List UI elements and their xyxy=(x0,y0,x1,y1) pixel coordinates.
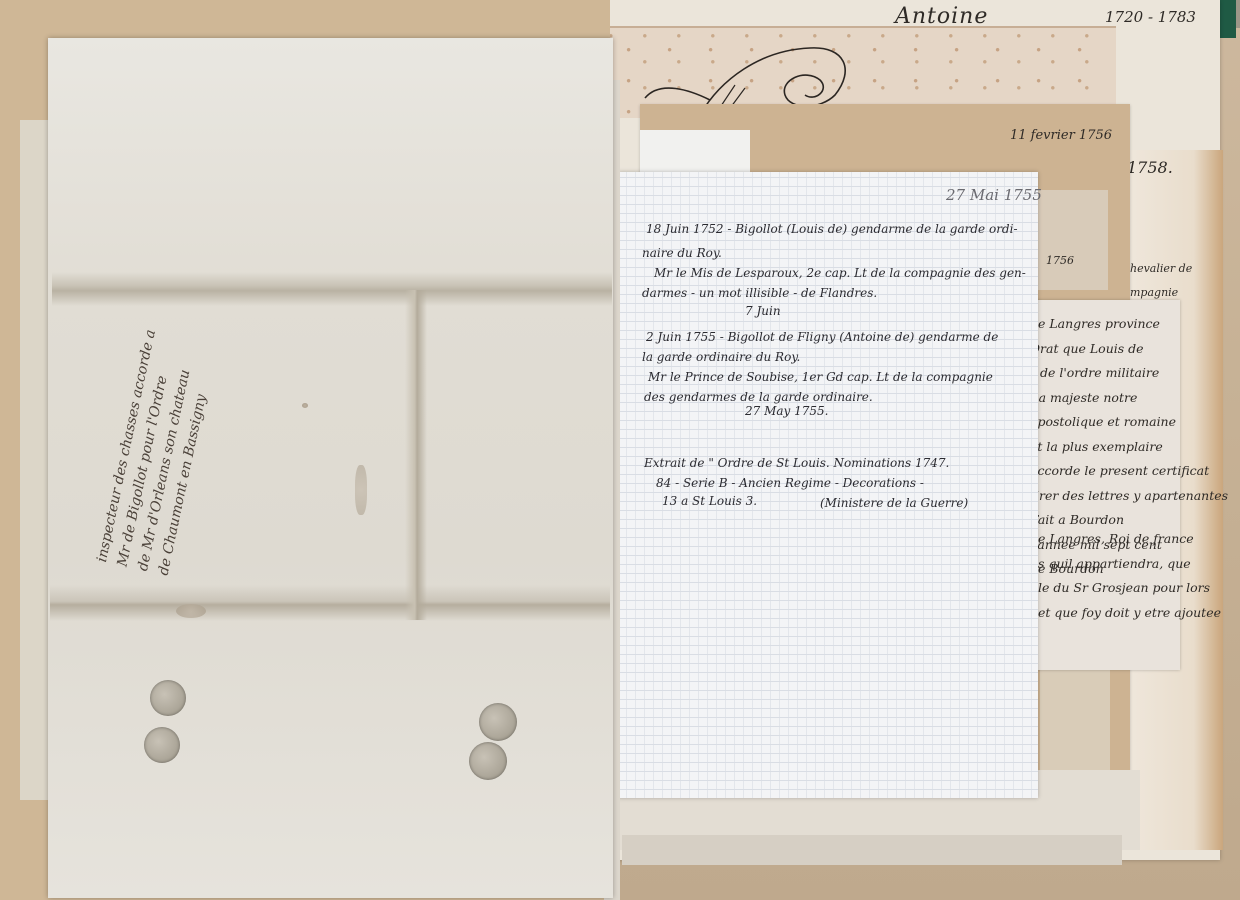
bottom-paper-stack xyxy=(622,835,1122,865)
letter-line: r de l'ordre militaire xyxy=(1030,361,1180,386)
entry3-line3: 13 a St Louis 3. xyxy=(662,494,757,508)
entry2-line3: Mr le Prince de Soubise, 1er Gd cap. Lt … xyxy=(648,370,993,384)
letter-line: Sa majeste notre xyxy=(1030,386,1180,411)
printed-paper-fragment xyxy=(1040,665,1110,785)
wax-seal-mark xyxy=(144,727,180,763)
horizontal-fold-crease xyxy=(52,272,612,306)
entry2-line4: des gendarmes de la garde ordinaire. xyxy=(644,390,873,404)
entry3-line1: Extrait de " Ordre de St Louis. Nominati… xyxy=(644,456,949,470)
torn-paper-fragment xyxy=(1036,190,1108,290)
ruled-sheet-corner-date: 27 Mai 1755 xyxy=(946,186,1042,204)
entry1-line4: darmes - un mot illisible - de Flandres. xyxy=(642,286,877,300)
entry1-line1: 18 Juin 1752 - Bigollot (Louis de) genda… xyxy=(646,222,1018,236)
wax-seal-mark xyxy=(479,703,517,741)
entry2-line1: 2 Juin 1755 - Bigollot de Fligny (Antoin… xyxy=(646,330,998,344)
entry3-line2: 84 - Serie B - Ancien Regime - Decoratio… xyxy=(656,476,924,490)
wax-seal-mark xyxy=(150,680,186,716)
letter-line: tirer des lettres y apartenantes xyxy=(1030,484,1180,509)
letter-line: ns quil appartiendra, que xyxy=(1030,552,1180,577)
aged-sheet-year: 1758. xyxy=(1127,158,1173,177)
letter-line: de Langres, Roi de france xyxy=(1030,527,1180,552)
letter-line: et la plus exemplaire xyxy=(1030,435,1180,460)
aged-sheet-fragment: hevalier de xyxy=(1130,262,1192,275)
horizontal-fold-crease xyxy=(50,585,610,621)
aged-sheet-fragment: mpagnie xyxy=(1130,286,1178,299)
foxing-stain xyxy=(355,465,367,515)
letter-line: accorde le present certificat xyxy=(1030,459,1180,484)
letter-line: de Langres province xyxy=(1030,312,1180,337)
torn-fragment-year: 1756 xyxy=(1046,254,1074,267)
entry1-line2: naire du Roy. xyxy=(642,246,722,260)
letter-line: , et que foy doit y etre ajoutee xyxy=(1030,601,1180,626)
letter-line: ble du Sr Grosjean pour lors xyxy=(1030,576,1180,601)
letter-line: Drat que Louis de xyxy=(1030,337,1180,362)
entry3-line4: (Ministere de la Guerre) xyxy=(820,496,968,510)
entry1-line3: Mr le Mis de Lesparoux, 2e cap. Lt de la… xyxy=(654,266,1026,280)
seal-residue xyxy=(176,604,206,618)
entry1-line5: 7 Juin xyxy=(745,304,781,318)
langres-letter-text-bottom: de Langres, Roi de france ns quil appart… xyxy=(1030,527,1180,625)
letter-line: apostolique et romaine xyxy=(1030,410,1180,435)
entry2-line2: la garde ordinaire du Roy. xyxy=(642,350,800,364)
vertical-fold-crease xyxy=(405,290,427,620)
entry2-line5: 27 May 1755. xyxy=(745,404,828,418)
wax-seal-mark xyxy=(469,742,507,780)
label-dates: 1720 - 1783 xyxy=(1105,8,1196,26)
ink-stain xyxy=(302,403,308,408)
brown-sheet-date: 11 fevrier 1756 xyxy=(1010,128,1112,143)
